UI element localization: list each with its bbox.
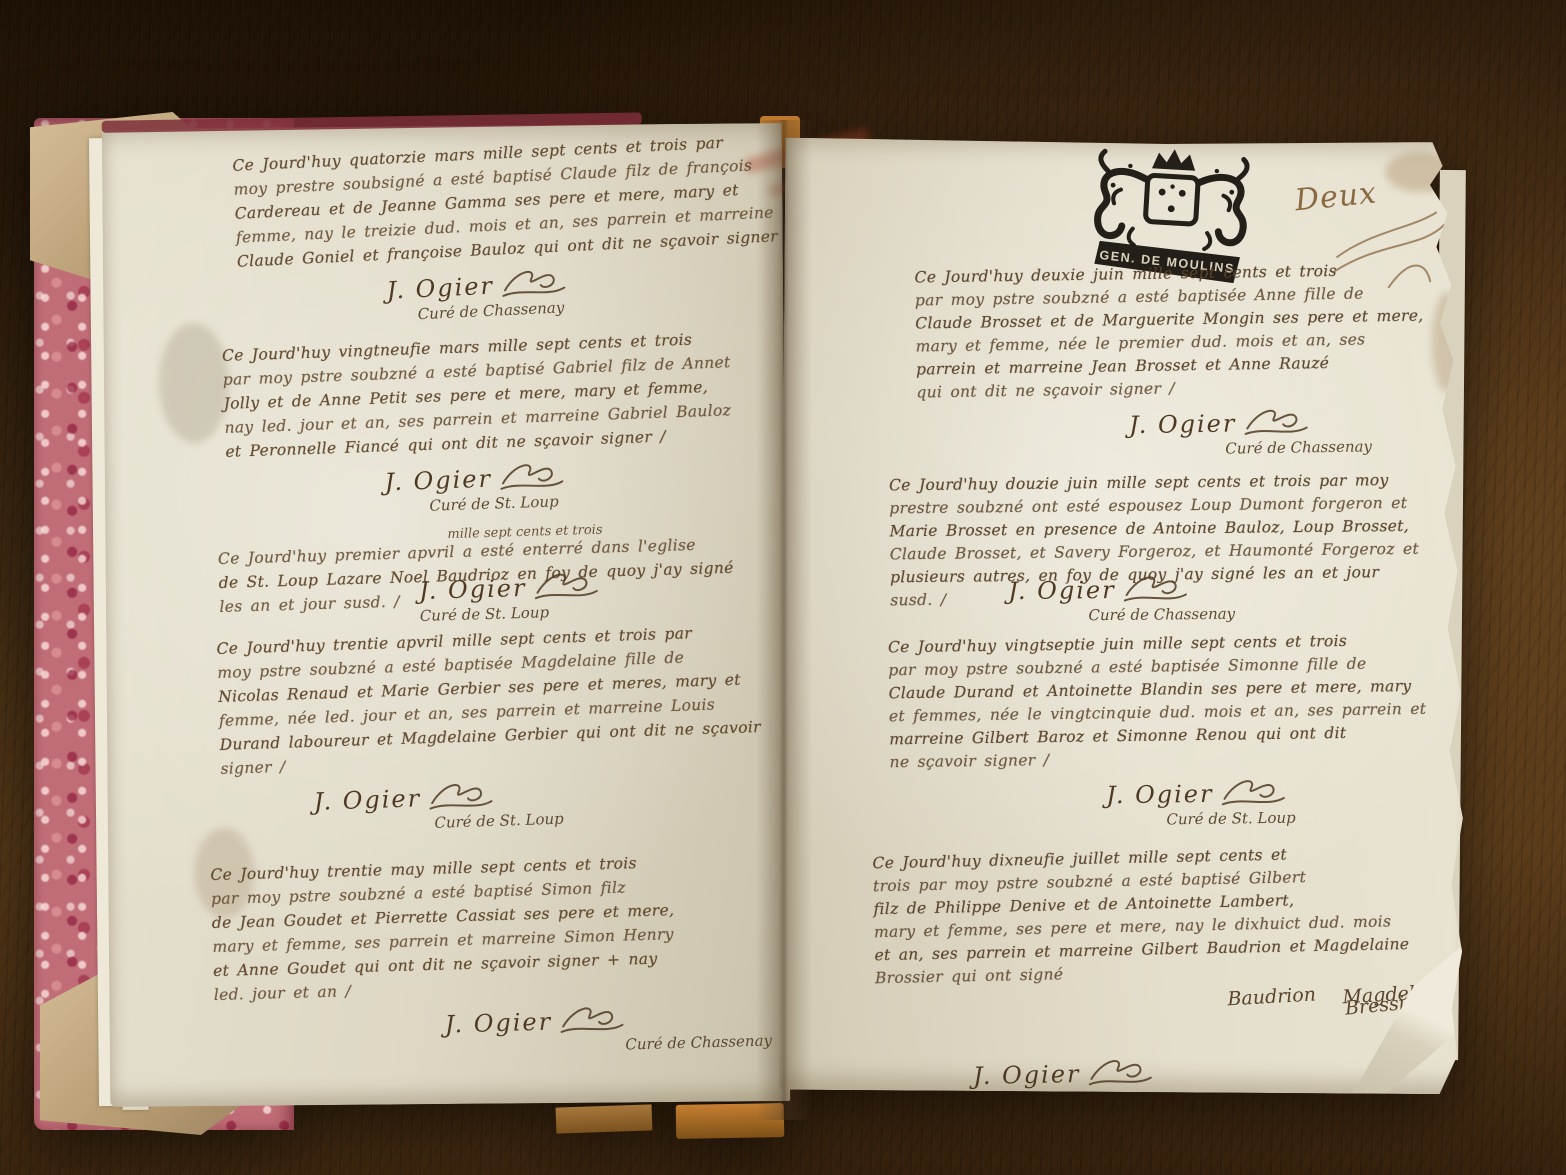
priest-signature: J. OgierCuré de St. Loup: [418, 560, 781, 617]
book-gutter: [756, 120, 812, 1120]
folio-number: Deux: [1295, 179, 1445, 215]
signature-title: Curé de St. Loup: [1013, 1082, 1463, 1109]
signature-name: J. Ogier: [384, 465, 492, 497]
signature-name: J. Ogier: [1008, 576, 1116, 605]
signature-name: J. Ogier: [419, 574, 527, 605]
priest-signature: J. OgierCuré de Chassenay: [1129, 400, 1466, 457]
signature-flourish-icon: [558, 999, 629, 1041]
photo-parish-register: Ce Jourd'huy quatorzie mars mille sept c…: [0, 0, 1566, 1175]
signature-flourish-icon: [1242, 402, 1313, 443]
margin-smudge: [158, 323, 229, 444]
spine-leather-bottom-2: [556, 1104, 653, 1133]
signature-name: J. Ogier: [386, 272, 495, 305]
signature-flourish-icon: [1219, 773, 1290, 814]
register-entry: Ce Jourd'huy quatorzie mars mille sept c…: [232, 128, 784, 329]
signature-name: J. Ogier: [1129, 409, 1237, 439]
signature-title: Curé de Chassenay: [1225, 436, 1465, 458]
witness-signatures: BaudrionMagdelaineBressier: [875, 980, 1462, 1044]
left-page: Ce Jourd'huy quatorzie mars mille sept c…: [102, 123, 791, 1107]
register-entry: Ce Jourd'huy deuxie juin mille sept cent…: [914, 258, 1465, 461]
priest-signature: J. OgierCuré de Chassenay: [444, 995, 787, 1057]
priest-signature: J. OgierCuré de St. Loup: [313, 766, 786, 834]
register-entry: Ce Jourd'huy vingtseptie juin mille sept…: [888, 628, 1463, 830]
register-entry: Ce Jourd'huy douzie juin mille sept cent…: [889, 468, 1462, 616]
signature-name: J. Ogier: [973, 1060, 1081, 1090]
left-page-entries: Ce Jourd'huy quatorzie mars mille sept c…: [220, 149, 784, 1077]
signature-title: Curé de Chassenay: [1088, 602, 1462, 624]
right-page-entries: Ce Jourd'huy deuxie juin mille sept cent…: [884, 266, 1462, 1128]
open-register-book: Ce Jourd'huy quatorzie mars mille sept c…: [0, 0, 1566, 1175]
signature-name: J. Ogier: [1106, 780, 1214, 809]
register-entry: mille sept cents et troisCe Jourd'huy pr…: [217, 517, 781, 623]
signature-flourish-icon: [1121, 569, 1191, 610]
priest-signature: J. OgierCuré de St. Loup: [1106, 770, 1463, 827]
priest-signature: J. OgierCuré de St. Loup: [384, 448, 784, 514]
signature-name: J. Ogier: [444, 1008, 552, 1039]
priest-signature: J. OgierCuré de Chassenay: [1008, 566, 1462, 615]
signature-name: J. Ogier: [313, 784, 421, 816]
register-entry: Ce Jourd'huy vingtneufie mars mille sept…: [222, 325, 784, 520]
register-entry: Ce Jourd'huy trentie may mille sept cent…: [210, 847, 787, 1063]
right-page: GEN. DE MOULINS Deux Ce Jourd'huy deuxie…: [779, 138, 1478, 1095]
register-entry: Ce Jourd'huy trentie apvril mille sept c…: [216, 618, 786, 837]
signature-title: Curé de St. Loup: [1166, 806, 1462, 828]
